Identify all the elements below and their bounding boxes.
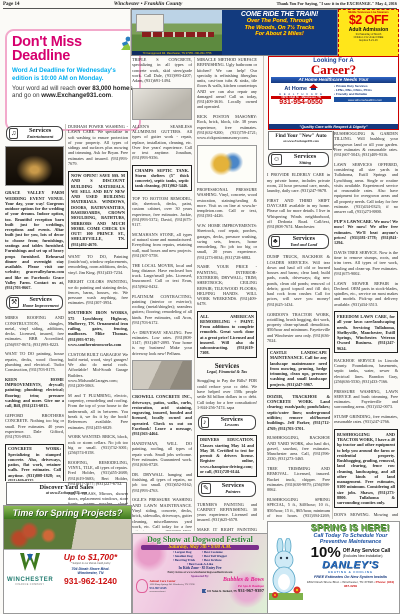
classified-ad: DRIVERS EDUCATION. Classes starting May … [197, 435, 257, 477]
classified-ad: MIRES ROOFING AND CONSTRUCTION, shingles… [5, 315, 64, 347]
header-tagline: Thank You For Saying, "I saw it in the E… [277, 1, 397, 6]
dogshow-date-banner: Saturday, May 7th • 9:00 A.M. [141, 545, 259, 550]
person-icon: ☺ [271, 154, 282, 165]
classified-ad: TOP TO BOTTOM REMODEL, tile, sheetrock, … [132, 196, 192, 228]
sponsor2-address: 102 Nolan St. Decherd, TN [207, 590, 237, 593]
classified-ad: CROWELL CONCRETE INC., driveways, patios… [132, 394, 192, 436]
section-header-entertainment: ♫ServicesEntertainment [6, 126, 63, 141]
train-station-building [136, 14, 164, 32]
winchester-fine-print: * Subject to our liberal credit policy [53, 562, 128, 565]
career-banner: At Home Healthcare Needs You! [271, 77, 396, 83]
section-header-sitting: ☺ServicesSitting [268, 152, 329, 167]
classified-ad: KEEN HOME IMPROVEMENTS, drywall; paintin… [5, 377, 64, 409]
deadline-body-text: Your word ad will reach [12, 85, 77, 92]
classified-column-6: BUSHHOGGING & GARDEN TILLING. Will bushh… [334, 131, 398, 519]
deadline-house-ad: Don't Miss Deadline Word Ad Deadline for… [5, 29, 141, 131]
classified-ad: GORDON'S TRACTOR WORK, rototilling, brus… [267, 312, 330, 344]
classified-ad: PUP'S LAWNCARE. We mow! We mow! We mow! … [334, 219, 398, 245]
section-header-painters: ✎ServicesPainters [198, 481, 256, 496]
career-title: Career? [269, 64, 398, 76]
classified-ad: HANDYMAN, WILL DO painting, roofing, all… [132, 441, 192, 467]
train-photo: 70 Campground Rd. Manchester, TN 37355 •… [132, 10, 222, 55]
train-ad-line: The Woods, On 7½ Tracks [224, 25, 335, 32]
classified-ad: J & J GLASS, Mirrors, shower doors, repl… [68, 491, 128, 504]
classified-ad: MAKE IT RIGHT PAINTING AND PRESSURE WASH… [197, 527, 257, 531]
gutters-photo [132, 88, 192, 120]
athome-logo-text: At Home [271, 84, 331, 92]
classified-ad: STUMP GRINDING, free estimates, reasonab… [334, 414, 398, 425]
classified-ad: BACKHOE SERVICE in Lincoln County. Found… [334, 358, 398, 384]
classified-column-3: TRIPLE S CONCRETE, specializing in all t… [132, 57, 192, 531]
classified-ad: ALLEN'S SEAMLESS ALUMINUM GUTTERS. All t… [132, 124, 192, 161]
winchester-phone: 931-962-1240 [53, 576, 128, 586]
grace-valley-photo [5, 146, 64, 186]
classified-ad: PRESSURE WASHING, LAWN SERVICE and bush … [334, 389, 398, 410]
region-title: Winchester • Franklin County [114, 1, 183, 7]
winchester-body: WINCHESTER FINANCE COMPANY Up to $1,700*… [4, 550, 131, 586]
classified-ad: DUMP TRUCK, BACKHOE & LOADER SERVICES. W… [267, 254, 330, 307]
winchester-address2: Winchester, TN [78, 571, 104, 575]
winchester-offer: Up to $1,700* * Subject to our liberal c… [53, 552, 128, 586]
dog-show-ad: Dog Show at Dogwood Festival Saturday, M… [132, 533, 268, 614]
dogshow-category-col: • Best Costume • Best Tail Wagger • Best… [202, 550, 227, 562]
classified-ad: CHAMPS SEPTIC TANK. Storm shelters (5" t… [132, 165, 192, 191]
section-label: ServicesHome Improvement [21, 297, 60, 308]
deadline-title: Don't Miss Deadline [12, 35, 92, 63]
hammer-icon: ⚒ [9, 297, 19, 308]
sponsor1-text: Animal Care Center 1638 Sharp Springs Rd… [150, 579, 195, 593]
classified-column-1: ♫ServicesEntertainmentGRACE VALLEY FARM … [5, 124, 64, 481]
classified-ad: OGLE'S PRESSURE WASHING AND LAWN MAINTEN… [132, 497, 192, 531]
classified-ad: FREEDOM LAWN CARE, for all your lawn car… [334, 311, 398, 353]
danleys-content: SPRING IS HERE! Call Today To Schedule Y… [302, 522, 399, 589]
page-header: Page 14 Winchester • Franklin County Tha… [3, 1, 397, 9]
dogshow-title: Dog Show at Dogwood Festival [133, 535, 267, 544]
section-label: ServicesPainters [213, 483, 253, 494]
classified-ad: WANT TO DO painting, house repairs, deck… [5, 351, 64, 372]
column-divider [332, 131, 333, 519]
danleys-free-estimates: FREE Estimates On New System Installs [304, 575, 397, 579]
dogshow-category-col: • Largest Dog • Smallest Dog • Best Dog … [173, 550, 195, 562]
deadline-body-end: . [111, 92, 113, 99]
classified-ad: BUSHHOGGING SPRING SPECIAL, 5 ft., $40/h… [267, 497, 330, 519]
career-tagline: "Quality Care with Respect & Dignity" [269, 124, 398, 129]
section-header-lessons: ♪ServicesLessons [198, 415, 256, 430]
career-logo-block: At Home H E A L T H C A R E 102 E. High … [271, 84, 331, 124]
microphone-icon: ♫ [9, 128, 18, 139]
classified-ad: TRIPLE S CONCRETE, specializing in all t… [132, 57, 192, 83]
easter-bunny-illustration [269, 538, 303, 605]
danleys-address-text: 1802 Dinah Shore Blvd. • Winchester, TN … [307, 580, 376, 584]
classified-ad: A+ DRIVEWAY SEALING. Free estimates. Low… [132, 330, 192, 356]
classified-column-4: MIRACLE METHOD SURFACE REFINISHING. Ugly… [197, 57, 257, 531]
crowell-concrete-photo [132, 360, 192, 390]
section-label: ServicesEntertainment [20, 128, 60, 139]
train-ad-line: For About 2 Miles! [224, 31, 335, 38]
classified-ad: BUSHHOGGING, BACKHOE AND YARD WORK, also… [267, 435, 330, 461]
column-divider [194, 57, 195, 531]
dogshow-sponsors: Animal Care Center 1638 Sharp Springs Rd… [133, 578, 267, 593]
classified-ad: BUSHHOGGING AND TRACTOR WORK, I have a 4… [334, 429, 398, 508]
coupon-fine-print: Expires 5-21-16 [339, 39, 398, 42]
section-label: ServicesYard and Land [282, 236, 326, 247]
career-phone: 931-954-0550 [271, 99, 331, 106]
column-divider [263, 56, 264, 520]
winchester-address: 704 Dinah Shore Blvd.Winchester, TN [53, 567, 128, 576]
mower-icon: ♣ [271, 236, 280, 247]
danleys-offer-detail: Off Any Service Call (Excludes New Insta… [343, 548, 391, 558]
classified-ad: DURHAM POWER WASHING - LAWN CARE. We spe… [68, 124, 128, 166]
train-ad-caption: 70 Campground Rd. Manchester, TN 37355 •… [132, 51, 222, 55]
find-auto-line2: on www.Exchange931.com [269, 139, 333, 143]
admission-coupon: Middle Tennessee Live Steamers $2 OFF Ad… [338, 9, 399, 57]
deadline-homes-count: over 83,000 homes [77, 85, 132, 92]
danleys-brand-sub: HEATING & COOLING [304, 570, 397, 574]
pressure-washing-cartoon [197, 145, 257, 183]
winchester-banner: Time for Spring Projects? [4, 506, 131, 519]
classified-ad: LAWN MOWER REPAIR in Decherd. OEM parts … [334, 281, 398, 307]
classified-ad: THE LOCAL MOVER, local and long distance… [132, 263, 192, 289]
train-ad-title: COME RIDE THE TRAIN! [224, 11, 335, 18]
career-bullet: • Friendly and Reliable [334, 92, 396, 96]
danleys-title: SPRING IS HERE! [304, 523, 397, 533]
facebook-icon: f [202, 589, 207, 594]
classified-ad: M and T PLUMBING, electric, carpentry, r… [68, 393, 128, 430]
dogshow-categories: • Largest Dog • Smallest Dog • Best Dog … [133, 550, 267, 562]
classified-ad: NOW OPEN!! SAVE $$$. M AND S DISCOUNT BU… [68, 171, 128, 250]
train-ad-line: Over The Pond, Through [224, 18, 335, 25]
classified-ad: BUSHHOGGING & GARDEN TILLING. Will bushh… [334, 131, 398, 157]
danleys-address: 1802 Dinah Shore Blvd. • Winchester, TN … [304, 580, 397, 588]
column-divider [65, 124, 66, 481]
classified-ad: PLATINUM CONTRACTING, painting (interior… [132, 294, 192, 326]
miniature-train [142, 32, 214, 37]
section-header-legal: ServicesLegal, Financial & Tax [197, 363, 257, 375]
danleys-hvac-ad: SPRING IS HERE! Call Today To Schedule Y… [267, 521, 400, 614]
section-label: ServicesLessons [211, 417, 254, 428]
deadline-body: Your word ad will reach over 83,000 home… [12, 85, 134, 100]
classified-ad: GRACE VALLEY FARM WEDDING EVENT VENUE. Y… [5, 190, 64, 290]
classified-ad: CUSTOM BUILT GARAGES! We build metal, wo… [68, 352, 128, 389]
classified-ad: DON'S MOWING. Mowing and trimming. (931)… [334, 512, 398, 519]
classified-ad: BRIGHT COLORS PAINTING, we do painting a… [68, 279, 128, 305]
classified-ad: CASTLE LANDSCAPE MAINTENANCE. Call for a… [267, 348, 330, 390]
classified-ad: W.W. HOME IMPROVEMENTS: Sheetrock, roof … [197, 223, 257, 260]
classified-column-2: DURHAM POWER WASHING - LAWN CARE. We spe… [68, 124, 128, 504]
classified-ad: ALL AMERICAN REMODELING + PAINT. From ad… [197, 311, 257, 358]
landscaping-photo [4, 519, 131, 550]
winchester-brand-sub: FINANCE COMPANY [7, 583, 53, 586]
sponsor-animal-care: Animal Care Center 1638 Sharp Springs Rd… [136, 579, 195, 593]
danleys-percent: 10% [311, 546, 341, 560]
career-url: www.athomehealthtn.com [334, 97, 396, 102]
classified-ad: DR. DRYWALL hanging and finishing, all t… [132, 472, 192, 493]
classified-ad: MIRACLE METHOD SURFACE REFINISHING. Ugly… [197, 57, 257, 110]
find-auto-promo: Find Your "New" Auto on www.Exchange931.… [268, 131, 334, 150]
sponsor-bubbles-bows: Bubbles & Bows Pet Spa & Boutique f102 N… [202, 578, 264, 593]
classified-ad: Struggling to Pay the Bills? FDR could r… [197, 378, 257, 410]
page-number: Page 14 [3, 2, 20, 7]
section-label: ServicesSitting [284, 154, 326, 165]
career-bullets: • Private Duty Services - LPNs, RNs, CNA… [331, 84, 396, 124]
newspaper-page: Page 14 Winchester • Franklin County Tha… [0, 0, 400, 614]
paintbrush-icon: ✎ [201, 483, 211, 494]
career-body: At Home H E A L T H C A R E 102 E. High … [269, 84, 398, 124]
classified-ad: WORK WANTED: BRICK, block, rock or storm… [68, 434, 128, 455]
classified-ad: CONCRETE WORK: Specializing in stamped c… [5, 444, 64, 481]
danleys-brand: DANLEY'S [304, 560, 397, 571]
danleys-offer-line2: (Excludes New Installation) [343, 554, 391, 558]
career-ad: Looking For A Career? At Home Healthcare… [268, 56, 399, 130]
section-header-yard-and-land: ♣ServicesYard and Land [268, 234, 329, 249]
classified-ad: DOZER, TRACKHOE & CONCRETE WORK. Land cl… [267, 394, 330, 431]
coupon-amount: $2 OFF [339, 14, 398, 27]
deadline-body-text2: and go on [12, 92, 41, 99]
winchester-finance-ad: Time for Spring Projects? WINCHESTER FIN… [3, 505, 132, 614]
classified-ad: TREE TRIMMING AND REMOVAL. Licensed, ins… [267, 466, 330, 492]
classified-ad: FIRST AND THIRD SHIFT DAYCARE available … [267, 198, 330, 230]
train-ad-text: COME RIDE THE TRAIN! Over The Pond, Thro… [222, 10, 337, 55]
winchester-w-logo [19, 552, 41, 572]
athome-logo-line1: At Home [284, 86, 307, 92]
danleys-offer: 10% Off Any Service Call (Excludes New I… [304, 546, 397, 560]
sponsor1-url: www.accwin.net [150, 590, 195, 593]
train-ride-ad: 70 Campground Rd. Manchester, TN 37355 •… [131, 9, 338, 56]
house-icon [309, 84, 318, 90]
classified-ad: PROFESSIONAL PRESSURE WASHING. Vinyl, co… [197, 187, 257, 219]
classified-ad: ROOFING, REMODELING, VINYL, TILE, all ty… [68, 460, 128, 486]
sponsor2-phone: 931-967-9397 [238, 588, 264, 593]
classified-column-5: ☺ServicesSittingI PROVIDE ELDERLY CARE i… [267, 150, 330, 519]
classified-ad: SOUTHERN IRON WORKS, 575 Lynchburg Highw… [68, 310, 128, 347]
classified-ad: RICK POSTON MASONRY: Rock, brick, block,… [197, 114, 257, 140]
classified-ad: DAVIS TREE SERVICE. Now is the time to r… [334, 250, 398, 276]
classified-ad: GIFFORD BROTHERS CONCRETE. Nothing too b… [5, 413, 64, 439]
winchester-amount: Up to $1,700* [53, 552, 128, 562]
classified-ad: TURNER'S PAINTING and CABINET REFINISHIN… [197, 502, 257, 523]
winchester-logo-block: WINCHESTER FINANCE COMPANY [7, 552, 53, 586]
classified-ad: WANT TO DO, Painting (inside/out), windo… [68, 254, 128, 275]
deadline-url: www.Exchange931.com [41, 92, 111, 99]
cat-outline-icon [136, 579, 148, 593]
classified-ad: MCMAHAN'S STONE, all types of natural st… [132, 232, 192, 258]
classified-ad: NAME YOUR PRICE - PAINTING, INTERIOR-EXT… [197, 264, 257, 306]
section-header-home-improvement: ⚒ServicesHome Improvement [6, 295, 63, 310]
deadline-subtitle: Word Ad Deadline for Wednesday's edition… [12, 67, 134, 81]
banjo-icon: ♪ [201, 417, 209, 428]
classified-ad: I PROVIDE ELDERLY CARE in my private hom… [267, 172, 330, 193]
classified-ad: LAWN SERVICES OFFERED, considering all s… [334, 162, 398, 215]
sponsor2-phone-row: f102 Nolan St. Decherd, TN 931-967-9397 [202, 588, 264, 593]
